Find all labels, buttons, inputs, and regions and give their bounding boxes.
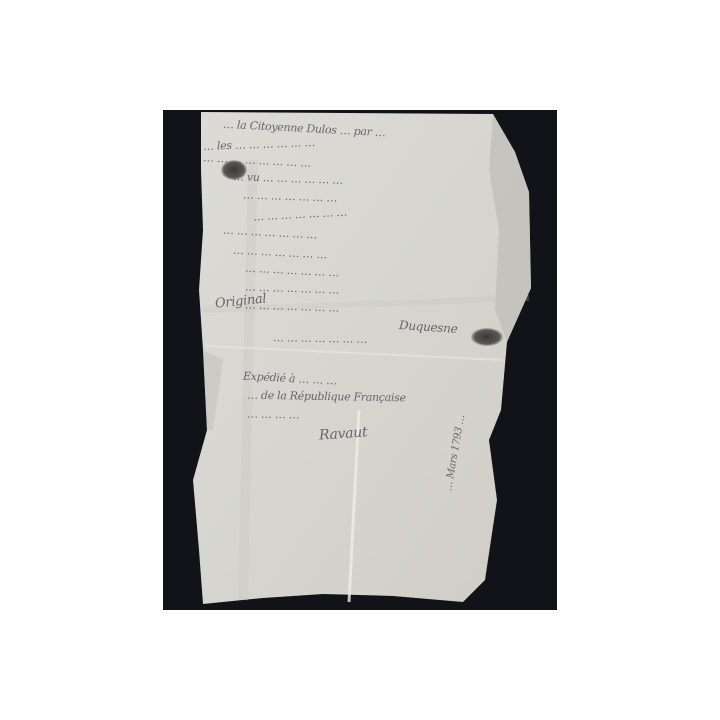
- document-photo: … la Citoyenne Dulos … par … … les … … ……: [163, 110, 557, 610]
- paper-sheet: [163, 110, 557, 610]
- wax-seal-top-left: [221, 160, 247, 180]
- certification-line: … … … …: [247, 408, 300, 422]
- bottom-signature: Ravaut: [319, 424, 368, 443]
- certification-line: … de la République Française: [247, 389, 406, 405]
- wax-seal-right: [471, 328, 503, 346]
- body-line: … … … … … … …: [273, 331, 367, 346]
